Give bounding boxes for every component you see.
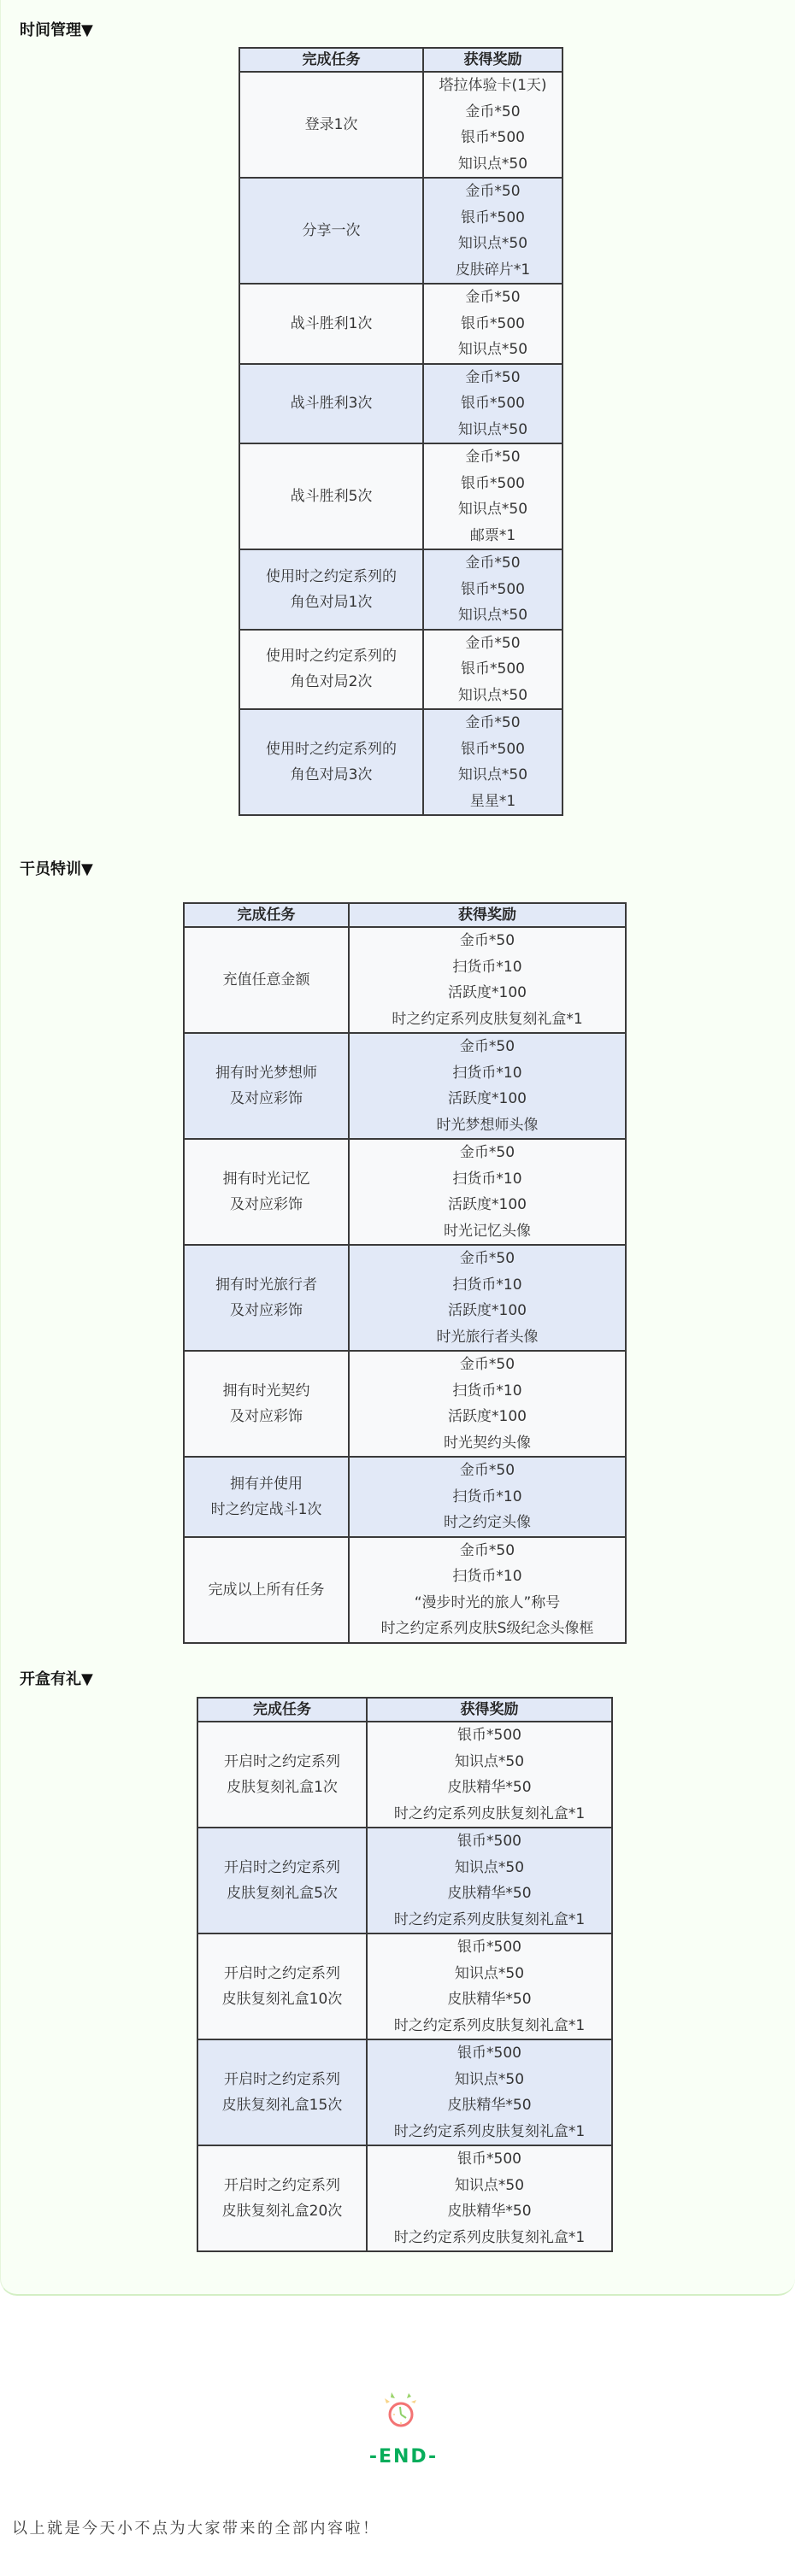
reward-item: 银币*500 (427, 471, 558, 497)
table-row: 拥有时光记忆及对应彩饰金币*50扫货币*10活跃度*100时光记忆头像 (184, 1139, 626, 1245)
table-row: 拥有并使用时之约定战斗1次金币*50扫货币*10时之约定头像 (184, 1457, 626, 1537)
reward-item: 扫货币*10 (353, 1060, 621, 1087)
reward-item: 银币*500 (427, 205, 558, 232)
reward-item: 时之约定系列皮肤复刻礼盒*1 (371, 2225, 608, 2251)
column-header-reward: 获得奖励 (367, 1698, 612, 1722)
task-cell: 拥有时光记忆及对应彩饰 (184, 1139, 349, 1245)
reward-cell: 银币*500知识点*50皮肤精华*50时之约定系列皮肤复刻礼盒*1 (367, 1722, 612, 1828)
reward-item: 银币*500 (371, 1934, 608, 1961)
reward-item: “漫步时光的旅人”称号 (353, 1590, 621, 1617)
task-cell: 拥有并使用时之约定战斗1次 (184, 1457, 349, 1537)
task-cell: 开启时之约定系列皮肤复刻礼盒20次 (197, 2145, 367, 2251)
task-text: 时之约定战斗1次 (188, 1497, 345, 1523)
closing-text: 以上就是今天小不点为大家带来的全部内容啦！ (12, 2516, 380, 2538)
table-row: 拥有时光旅行者及对应彩饰金币*50扫货币*10活跃度*100时光旅行者头像 (184, 1245, 626, 1351)
reward-item: 知识点*50 (427, 417, 558, 443)
reward-item: 扫货币*10 (353, 1378, 621, 1405)
task-cell: 战斗胜利5次 (239, 443, 423, 549)
task-cell: 开启时之约定系列皮肤复刻礼盒15次 (197, 2039, 367, 2145)
reward-item: 皮肤精华*50 (371, 1881, 608, 1907)
task-cell: 开启时之约定系列皮肤复刻礼盒1次 (197, 1722, 367, 1828)
reward-cell: 金币*50银币*500知识点*50星星*1 (423, 709, 563, 815)
end-label: -END- (0, 2446, 807, 2467)
reward-cell: 金币*50扫货币*10活跃度*100时光梦想师头像 (349, 1033, 626, 1139)
reward-item: 活跃度*100 (353, 1298, 621, 1324)
column-header-task: 完成任务 (239, 48, 423, 72)
task-cell: 使用时之约定系列的角色对局2次 (239, 630, 423, 710)
reward-item: 塔拉体验卡(1天) (427, 73, 558, 99)
reward-item: 知识点*50 (371, 1749, 608, 1775)
table-row: 战斗胜利5次金币*50银币*500知识点*50邮票*1 (239, 443, 563, 549)
task-cell: 战斗胜利3次 (239, 364, 423, 444)
task-text: 拥有时光旅行者 (188, 1272, 345, 1298)
task-text: 战斗胜利5次 (244, 484, 419, 509)
reward-item: 活跃度*100 (353, 1192, 621, 1218)
alarm-clock-icon (376, 2388, 426, 2432)
reward-item: 时光梦想师头像 (353, 1112, 621, 1139)
table-row: 战斗胜利3次金币*50银币*500知识点*50 (239, 364, 563, 444)
table-row: 开启时之约定系列皮肤复刻礼盒5次银币*500知识点*50皮肤精华*50时之约定系… (197, 1828, 612, 1933)
task-cell: 战斗胜利1次 (239, 284, 423, 364)
table-header-row: 完成任务获得奖励 (239, 48, 563, 72)
task-text: 使用时之约定系列的 (244, 736, 419, 762)
reward-item: 银币*500 (427, 125, 558, 151)
reward-cell: 金币*50扫货币*10活跃度*100时光契约头像 (349, 1351, 626, 1457)
reward-cell: 金币*50扫货币*10活跃度*100时光旅行者头像 (349, 1245, 626, 1351)
task-text: 开启时之约定系列 (202, 2173, 362, 2198)
task-text: 拥有时光梦想师 (188, 1060, 345, 1086)
task-cell: 开启时之约定系列皮肤复刻礼盒5次 (197, 1828, 367, 1933)
column-header-task: 完成任务 (184, 903, 349, 927)
reward-cell: 塔拉体验卡(1天)金币*50银币*500知识点*50 (423, 72, 563, 178)
reward-cell: 银币*500知识点*50皮肤精华*50时之约定系列皮肤复刻礼盒*1 (367, 2145, 612, 2251)
task-text: 登录1次 (244, 112, 419, 138)
reward-item: 银币*500 (427, 390, 558, 417)
task-text: 开启时之约定系列 (202, 1855, 362, 1881)
task-text: 充值任意金额 (188, 967, 345, 993)
reward-item: 时光记忆头像 (353, 1218, 621, 1245)
table-row: 完成以上所有任务金币*50扫货币*10“漫步时光的旅人”称号时之约定系列皮肤S级… (184, 1537, 626, 1643)
reward-item: 金币*50 (353, 1538, 621, 1564)
reward-item: 银币*500 (371, 2146, 608, 2173)
table-row: 开启时之约定系列皮肤复刻礼盒10次银币*500知识点*50皮肤精华*50时之约定… (197, 1933, 612, 2039)
reward-item: 金币*50 (427, 710, 558, 736)
task-text: 开启时之约定系列 (202, 1961, 362, 1986)
reward-item: 金币*50 (353, 1246, 621, 1272)
table-row: 战斗胜利1次金币*50银币*500知识点*50 (239, 284, 563, 364)
task-text: 战斗胜利1次 (244, 311, 419, 337)
reward-item: 皮肤精华*50 (371, 1775, 608, 1801)
task-cell: 完成以上所有任务 (184, 1537, 349, 1643)
reward-item: 扫货币*10 (353, 1166, 621, 1193)
task-text: 及对应彩饰 (188, 1404, 345, 1429)
reward-cell: 金币*50扫货币*10“漫步时光的旅人”称号时之约定系列皮肤S级纪念头像框 (349, 1537, 626, 1643)
table-row: 开启时之约定系列皮肤复刻礼盒20次银币*500知识点*50皮肤精华*50时之约定… (197, 2145, 612, 2251)
task-text: 及对应彩饰 (188, 1086, 345, 1112)
reward-item: 知识点*50 (371, 1961, 608, 1987)
reward-item: 时光契约头像 (353, 1430, 621, 1457)
reward-item: 时之约定系列皮肤复刻礼盒*1 (371, 1907, 608, 1933)
reward-table-box-opening-gift: 完成任务获得奖励开启时之约定系列皮肤复刻礼盒1次银币*500知识点*50皮肤精华… (197, 1697, 613, 2252)
reward-item: 时之约定头像 (353, 1510, 621, 1536)
reward-item: 金币*50 (427, 365, 558, 391)
table-header-row: 完成任务获得奖励 (197, 1698, 612, 1722)
section-title-box-opening-gift: 开盒有礼▼ (20, 1669, 93, 1690)
reward-item: 金币*50 (353, 1352, 621, 1378)
reward-cell: 金币*50扫货币*10活跃度*100时光记忆头像 (349, 1139, 626, 1245)
task-text: 及对应彩饰 (188, 1192, 345, 1218)
reward-cell: 金币*50银币*500知识点*50 (423, 364, 563, 444)
reward-cell: 金币*50银币*500知识点*50皮肤碎片*1 (423, 178, 563, 284)
column-header-reward: 获得奖励 (349, 903, 626, 927)
task-text: 皮肤复刻礼盒5次 (202, 1881, 362, 1906)
reward-cell: 金币*50银币*500知识点*50 (423, 630, 563, 710)
task-text: 皮肤复刻礼盒1次 (202, 1775, 362, 1800)
table-row: 开启时之约定系列皮肤复刻礼盒15次银币*500知识点*50皮肤精华*50时之约定… (197, 2039, 612, 2145)
reward-item: 扫货币*10 (353, 1564, 621, 1590)
reward-item: 知识点*50 (371, 1855, 608, 1881)
table-header-row: 完成任务获得奖励 (184, 903, 626, 927)
task-cell: 使用时之约定系列的角色对局1次 (239, 549, 423, 630)
reward-item: 银币*500 (371, 1828, 608, 1855)
reward-item: 知识点*50 (427, 683, 558, 709)
task-text: 拥有时光契约 (188, 1378, 345, 1404)
reward-item: 金币*50 (427, 99, 558, 126)
reward-item: 邮票*1 (427, 523, 558, 549)
task-text: 战斗胜利3次 (244, 390, 419, 416)
task-text: 皮肤复刻礼盒10次 (202, 1986, 362, 2012)
reward-item: 银币*500 (371, 1722, 608, 1749)
table-row: 开启时之约定系列皮肤复刻礼盒1次银币*500知识点*50皮肤精华*50时之约定系… (197, 1722, 612, 1828)
task-text: 开启时之约定系列 (202, 2067, 362, 2092)
reward-item: 活跃度*100 (353, 1086, 621, 1112)
reward-table-time-management: 完成任务获得奖励登录1次塔拉体验卡(1天)金币*50银币*500知识点*50分享… (239, 47, 563, 816)
task-text: 皮肤复刻礼盒20次 (202, 2198, 362, 2224)
reward-cell: 金币*50扫货币*10时之约定头像 (349, 1457, 626, 1537)
reward-item: 扫货币*10 (353, 1272, 621, 1299)
column-header-reward: 获得奖励 (423, 48, 563, 72)
reward-item: 知识点*50 (427, 602, 558, 629)
reward-item: 金币*50 (427, 550, 558, 577)
column-header-task: 完成任务 (197, 1698, 367, 1722)
section-title-time-management: 时间管理▼ (20, 21, 93, 41)
reward-item: 时之约定系列皮肤复刻礼盒*1 (371, 1801, 608, 1828)
table-row: 使用时之约定系列的角色对局3次金币*50银币*500知识点*50星星*1 (239, 709, 563, 815)
task-text: 开启时之约定系列 (202, 1749, 362, 1775)
table-row: 使用时之约定系列的角色对局1次金币*50银币*500知识点*50 (239, 549, 563, 630)
reward-item: 皮肤精华*50 (371, 2198, 608, 2225)
table-row: 拥有时光契约及对应彩饰金币*50扫货币*10活跃度*100时光契约头像 (184, 1351, 626, 1457)
content-panel: 时间管理▼ 完成任务获得奖励登录1次塔拉体验卡(1天)金币*50银币*500知识… (0, 0, 795, 2296)
reward-item: 时之约定系列皮肤S级纪念头像框 (353, 1616, 621, 1642)
reward-item: 金币*50 (427, 179, 558, 205)
task-text: 完成以上所有任务 (188, 1577, 345, 1603)
task-text: 皮肤复刻礼盒15次 (202, 2092, 362, 2118)
reward-item: 银币*500 (427, 311, 558, 337)
table-row: 分享一次金币*50银币*500知识点*50皮肤碎片*1 (239, 178, 563, 284)
table-row: 充值任意金额金币*50扫货币*10活跃度*100时之约定系列皮肤复刻礼盒*1 (184, 927, 626, 1033)
reward-item: 金币*50 (353, 1034, 621, 1060)
task-text: 使用时之约定系列的 (244, 643, 419, 669)
reward-item: 知识点*50 (427, 231, 558, 257)
task-cell: 拥有时光梦想师及对应彩饰 (184, 1033, 349, 1139)
reward-cell: 金币*50银币*500知识点*50 (423, 549, 563, 630)
task-text: 及对应彩饰 (188, 1298, 345, 1323)
task-text: 拥有时光记忆 (188, 1166, 345, 1192)
table-row: 登录1次塔拉体验卡(1天)金币*50银币*500知识点*50 (239, 72, 563, 178)
reward-item: 银币*500 (427, 656, 558, 683)
reward-item: 知识点*50 (427, 762, 558, 789)
reward-item: 时之约定系列皮肤复刻礼盒*1 (353, 1006, 621, 1033)
reward-item: 扫货币*10 (353, 954, 621, 981)
reward-item: 时之约定系列皮肤复刻礼盒*1 (371, 2119, 608, 2145)
reward-item: 知识点*50 (371, 2067, 608, 2093)
reward-item: 皮肤精华*50 (371, 2092, 608, 2119)
reward-item: 知识点*50 (371, 2173, 608, 2199)
reward-item: 时光旅行者头像 (353, 1324, 621, 1351)
reward-item: 活跃度*100 (353, 980, 621, 1006)
reward-item: 知识点*50 (427, 496, 558, 523)
task-cell: 拥有时光旅行者及对应彩饰 (184, 1245, 349, 1351)
reward-item: 银币*500 (371, 2040, 608, 2067)
reward-item: 时之约定系列皮肤复刻礼盒*1 (371, 2013, 608, 2039)
reward-item: 活跃度*100 (353, 1404, 621, 1430)
task-cell: 使用时之约定系列的角色对局3次 (239, 709, 423, 815)
task-cell: 分享一次 (239, 178, 423, 284)
task-text: 使用时之约定系列的 (244, 564, 419, 590)
reward-item: 知识点*50 (427, 151, 558, 178)
task-cell: 登录1次 (239, 72, 423, 178)
reward-item: 金币*50 (427, 631, 558, 657)
reward-item: 星星*1 (427, 789, 558, 815)
reward-cell: 金币*50银币*500知识点*50邮票*1 (423, 443, 563, 549)
reward-item: 知识点*50 (427, 337, 558, 363)
task-cell: 拥有时光契约及对应彩饰 (184, 1351, 349, 1457)
task-text: 拥有并使用 (188, 1471, 345, 1497)
reward-item: 皮肤碎片*1 (427, 257, 558, 284)
reward-cell: 金币*50扫货币*10活跃度*100时之约定系列皮肤复刻礼盒*1 (349, 927, 626, 1033)
reward-cell: 银币*500知识点*50皮肤精华*50时之约定系列皮肤复刻礼盒*1 (367, 1828, 612, 1933)
reward-table-operator-training: 完成任务获得奖励充值任意金额金币*50扫货币*10活跃度*100时之约定系列皮肤… (183, 902, 627, 1644)
reward-cell: 金币*50银币*500知识点*50 (423, 284, 563, 364)
reward-item: 金币*50 (427, 444, 558, 471)
task-text: 角色对局3次 (244, 762, 419, 788)
reward-item: 银币*500 (427, 577, 558, 603)
section-title-operator-training: 干员特训▼ (20, 860, 93, 880)
table-row: 使用时之约定系列的角色对局2次金币*50银币*500知识点*50 (239, 630, 563, 710)
reward-item: 金币*50 (427, 285, 558, 311)
task-text: 角色对局2次 (244, 669, 419, 695)
table-row: 拥有时光梦想师及对应彩饰金币*50扫货币*10活跃度*100时光梦想师头像 (184, 1033, 626, 1139)
reward-cell: 银币*500知识点*50皮肤精华*50时之约定系列皮肤复刻礼盒*1 (367, 2039, 612, 2145)
reward-item: 扫货币*10 (353, 1484, 621, 1511)
task-text: 角色对局1次 (244, 590, 419, 615)
reward-item: 皮肤精华*50 (371, 1986, 608, 2013)
reward-item: 金币*50 (353, 928, 621, 954)
reward-cell: 银币*500知识点*50皮肤精华*50时之约定系列皮肤复刻礼盒*1 (367, 1933, 612, 2039)
task-text: 分享一次 (244, 218, 419, 244)
task-cell: 充值任意金额 (184, 927, 349, 1033)
reward-item: 金币*50 (353, 1140, 621, 1166)
reward-item: 银币*500 (427, 736, 558, 763)
task-cell: 开启时之约定系列皮肤复刻礼盒10次 (197, 1933, 367, 2039)
reward-item: 金币*50 (353, 1458, 621, 1484)
